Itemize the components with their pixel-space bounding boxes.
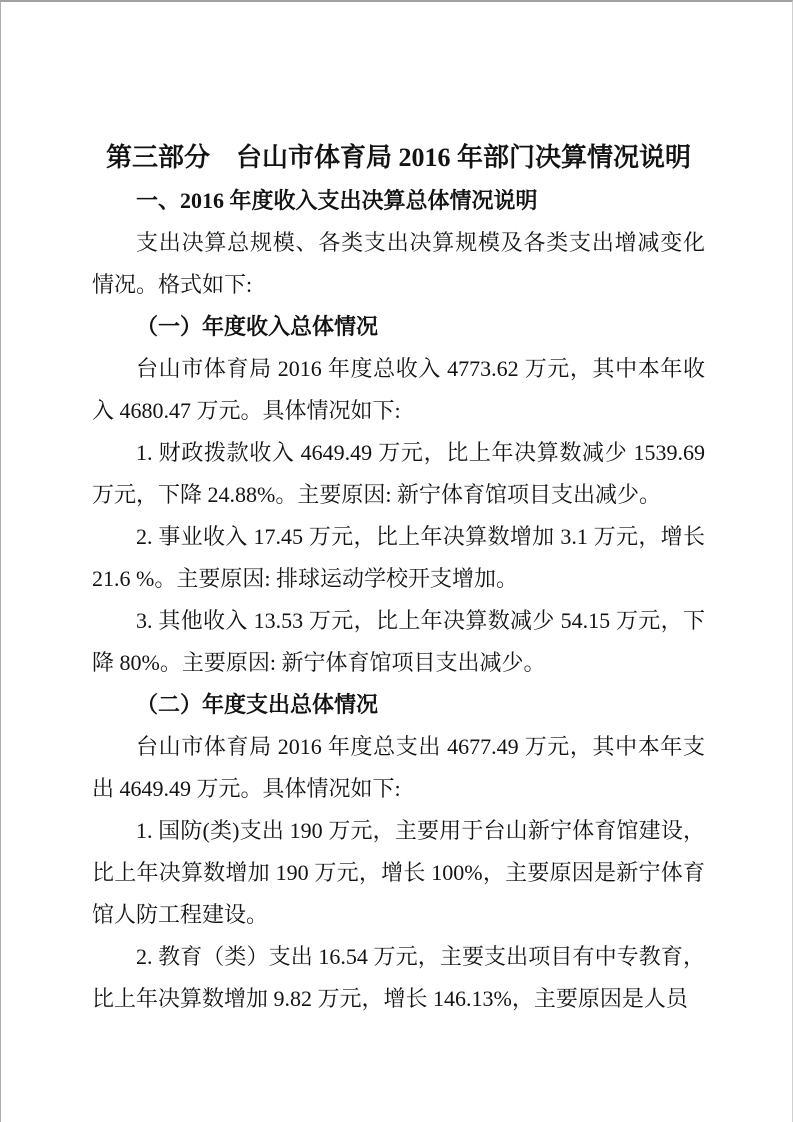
sub-heading-annual-income: （一）年度收入总体情况 — [92, 306, 705, 348]
para-expenditure-item-2-education: 2. 教育（类）支出 16.54 万元，主要支出项目有中专教育，比上年决算数增加… — [92, 936, 705, 1020]
para-income-item-1-fiscal-appropriation: 1. 财政拨款收入 4649.49 万元，比上年决算数减少 1539.69 万元… — [92, 432, 705, 516]
document-page: 第三部分 台山市体育局 2016 年部门决算情况说明 一、2016 年度收入支出… — [0, 0, 793, 1122]
sub-heading-annual-expenditure: （二）年度支出总体情况 — [92, 684, 705, 726]
para-total-expenditure: 台山市体育局 2016 年度总支出 4677.49 万元，其中本年支出 4649… — [92, 726, 705, 810]
doc-title: 第三部分 台山市体育局 2016 年部门决算情况说明 — [92, 136, 705, 180]
para-total-income: 台山市体育局 2016 年度总收入 4773.62 万元，其中本年收入 4680… — [92, 348, 705, 432]
para-income-item-2-operational: 2. 事业收入 17.45 万元，比上年决算数增加 3.1 万元，增长 21.6… — [92, 516, 705, 600]
para-overview-intro: 支出决算总规模、各类支出决算规模及各类支出增减变化情况。格式如下: — [92, 222, 705, 306]
para-expenditure-item-1-defense: 1. 国防(类)支出 190 万元，主要用于台山新宁体育馆建设，比上年决算数增加… — [92, 810, 705, 936]
para-income-item-3-other: 3. 其他收入 13.53 万元，比上年决算数减少 54.15 万元，下降 80… — [92, 600, 705, 684]
section-heading-overview: 一、2016 年度收入支出决算总体情况说明 — [92, 180, 705, 222]
